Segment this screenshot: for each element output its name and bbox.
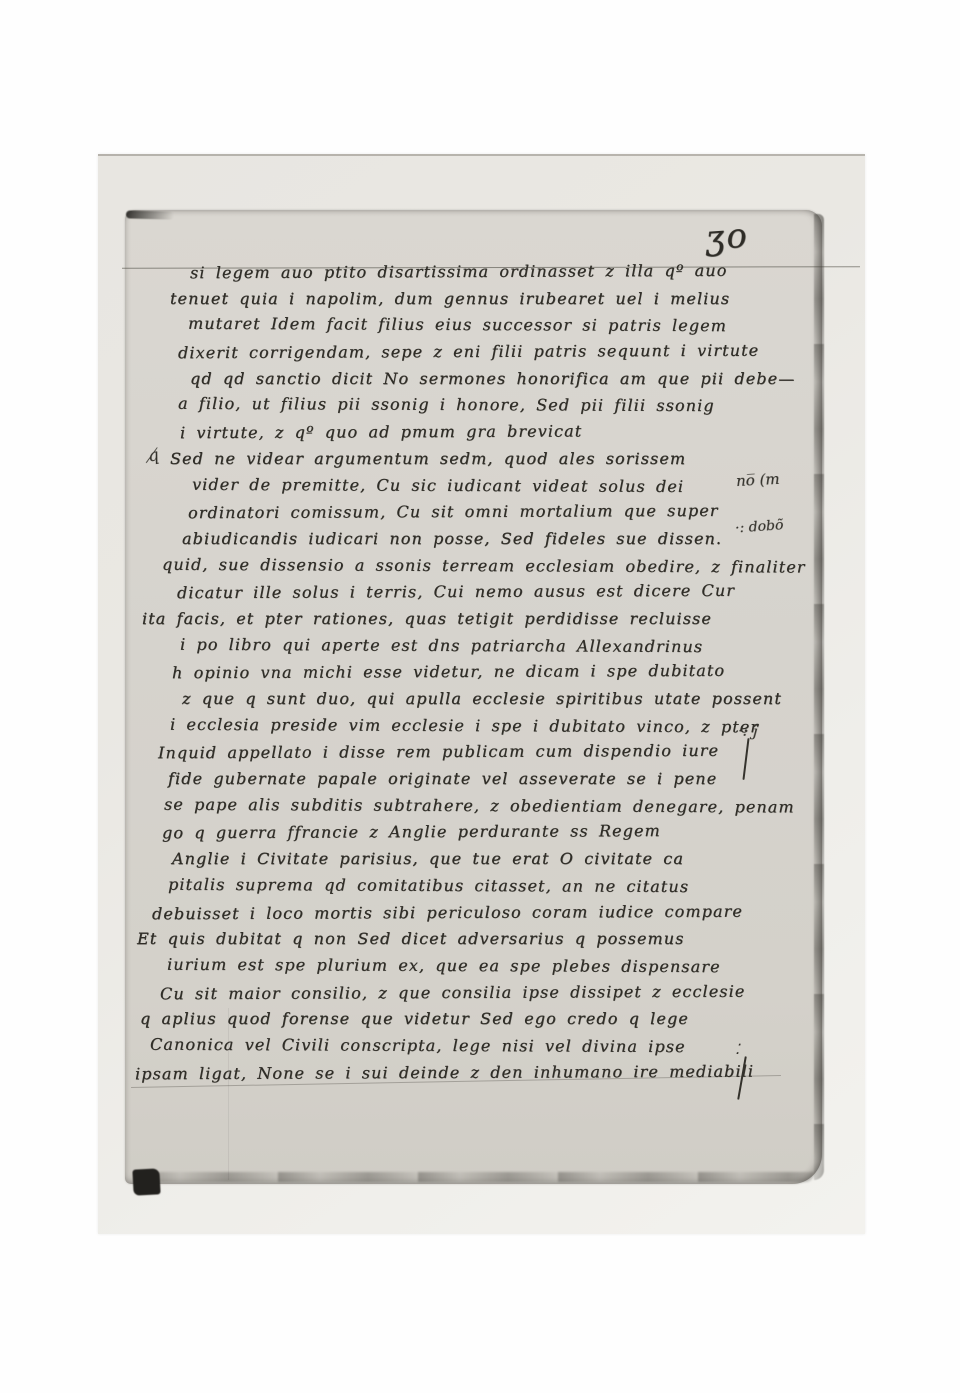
text-line-7: i virtute, z qº quo ad pmum gra brevicat: [180, 418, 746, 447]
text-line-11: abiudicandis iudicari non posse, Sed fid…: [182, 526, 746, 553]
text-line-18: i ecclesia preside vim ecclesie i spe i …: [170, 711, 746, 740]
text-line-12: quid, sue dissensio a ssonis terream ecc…: [162, 551, 746, 580]
text-line-30: Canonica vel Civili conscripta, lege nis…: [150, 1032, 746, 1061]
text-line-19: Inquid appellato i disse rem publicam cu…: [158, 738, 746, 767]
text-line-28: Cu sit maior consilio, z que consilia ip…: [160, 978, 746, 1007]
text-line-29: q aplius quod forense que videtur Sed eg…: [140, 1006, 746, 1033]
folio-number: ʒo: [704, 214, 777, 259]
text-line-1: si legem auo ptito disartissima ordinass…: [190, 258, 746, 287]
text-line-14: ita facis, et pter rationes, quas tetigi…: [142, 606, 746, 633]
manuscript-text-block: si legem auo ptito disartissima ordinass…: [186, 259, 746, 1086]
margin-note-nota: no̅ (m: [736, 470, 780, 490]
text-line-17: z que q sunt duo, qui apulla ecclesie sp…: [182, 686, 746, 713]
text-line-5: qd qd sanctio dicit No sermones honorifi…: [190, 366, 746, 393]
text-line-9: vider de premitte, Cu sic iudicant videa…: [192, 471, 746, 500]
text-line-16: h opinio vna michi esse videtur, ne dica…: [172, 658, 746, 687]
text-line-22: go q guerra ffrancie z Anglie perdurante…: [162, 818, 746, 847]
text-line-8: Sed ne videar argumentum sedm, quod ales…: [170, 446, 746, 473]
text-line-21: se pape alis subditis subtrahere, z obed…: [164, 791, 746, 820]
text-line-6: a filio, ut filius pii ssonig i honore, …: [178, 391, 746, 420]
text-line-10: ordinatori comissum, Cu sit omni mortali…: [188, 498, 746, 527]
text-line-27: iurium est spe plurium ex, que ea spe pl…: [167, 952, 746, 981]
margin-note-dobo: ·: dobõ: [735, 517, 784, 536]
photograph-of-manuscript: ʒo q̸ si legem auo ptito disartissima or…: [0, 0, 960, 1393]
text-line-25: debuisset i loco mortis sibi periculoso …: [152, 898, 746, 927]
text-line-13: dicatur ille solus i terris, Cui nemo au…: [177, 578, 746, 607]
text-line-26: Et quis dubitat q non Sed dicet adversar…: [137, 926, 746, 953]
text-line-3: mutaret Idem facit filius eius successor…: [188, 311, 746, 340]
text-line-24: pitalis suprema qd comitatibus citasset,…: [168, 872, 746, 901]
text-line-31: ipsam ligat, None se i sui deinde z den …: [135, 1058, 746, 1087]
margin-nota-dots: ⁚: [735, 1042, 739, 1058]
text-line-15: i po libro qui aperte est dns patriarcha…: [180, 631, 746, 660]
text-line-2: tenuet quia i napolim, dum gennus irubea…: [170, 286, 746, 313]
ink-blot: [132, 1168, 160, 1195]
text-line-20: fide gubernate papale originate vel asse…: [168, 766, 746, 793]
text-line-4: dixerit corrigendam, sepe z eni filii pa…: [178, 338, 746, 367]
text-line-23: Anglie i Civitate parisius, que tue erat…: [172, 846, 746, 873]
